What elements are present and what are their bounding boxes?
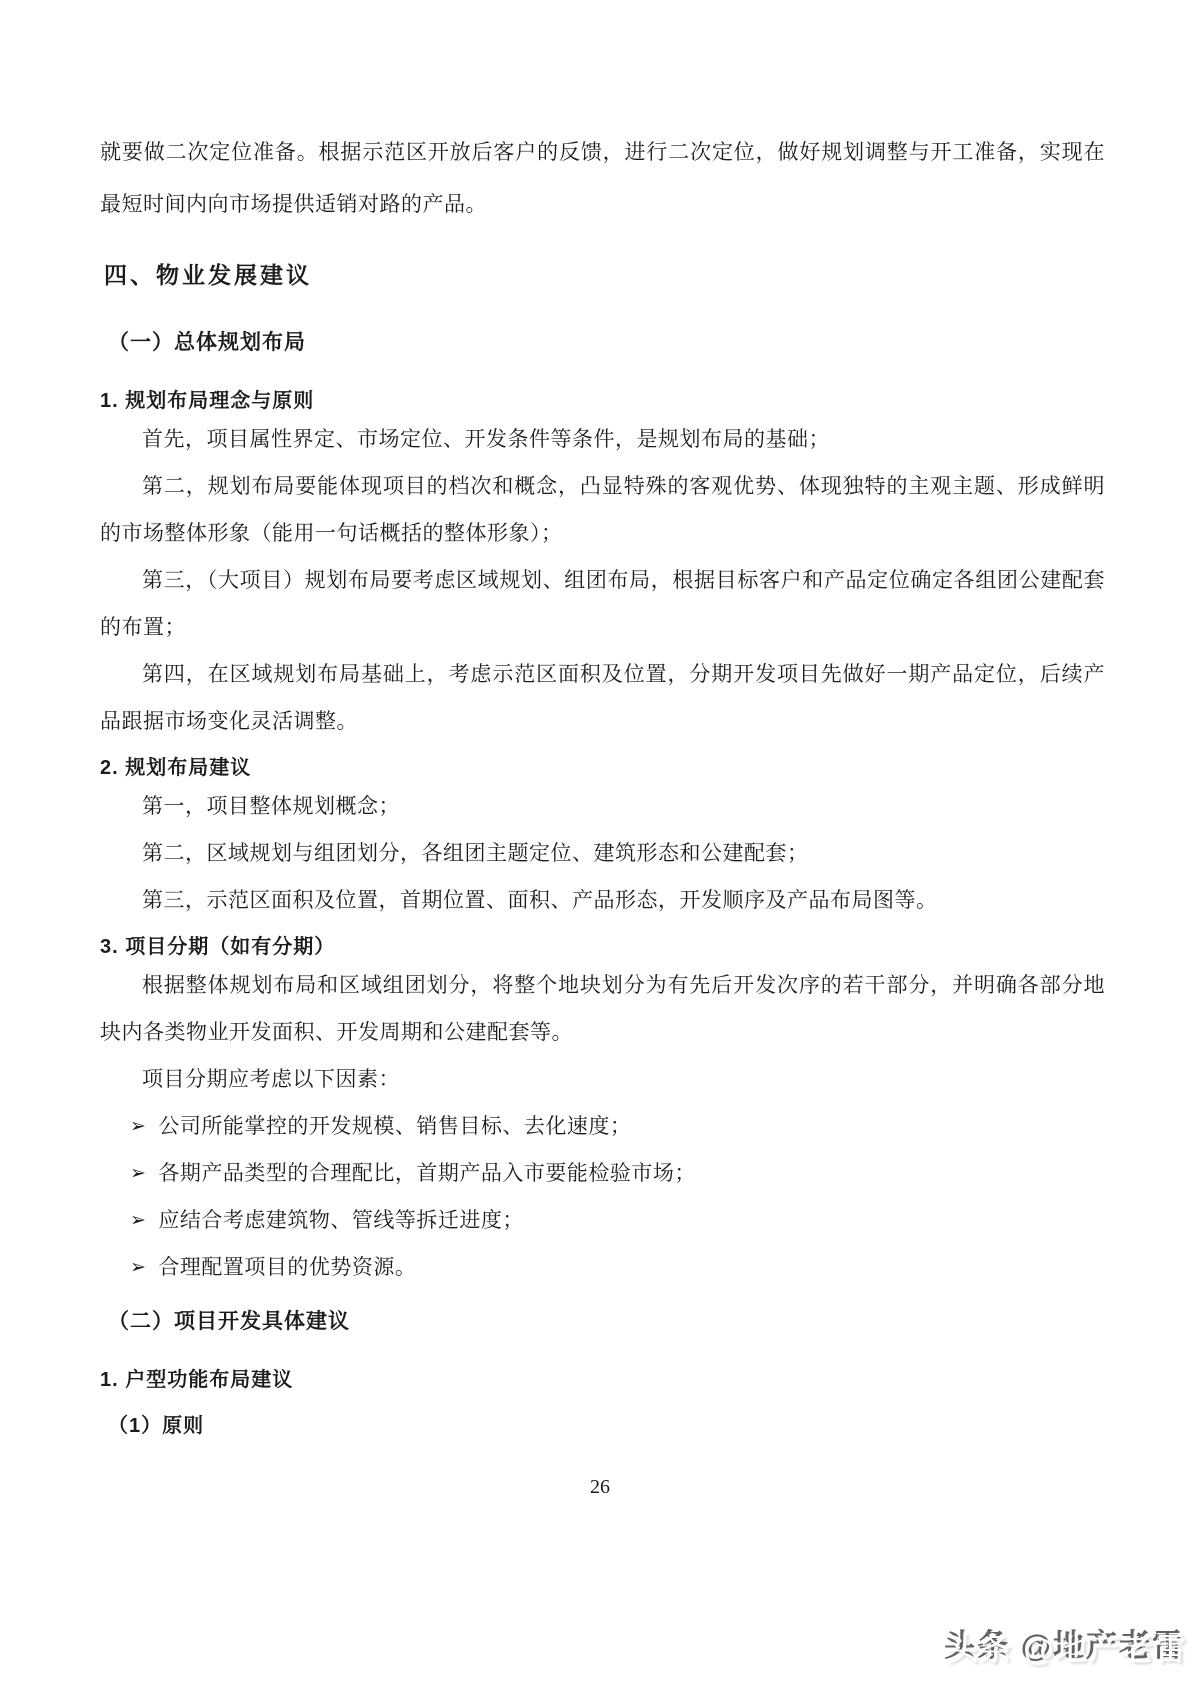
paragraph: 第二，规划布局要能体现项目的档次和概念，凸显特殊的客观优势、体现独特的主观主题、… (100, 463, 1105, 557)
page-number: 26 (0, 1476, 1200, 1499)
bullet-text: 应结合考虑建筑物、管线等拆迁进度； (158, 1197, 524, 1244)
arrow-bullet-icon: ➢ (130, 1244, 146, 1291)
bullet-text: 合理配置项目的优势资源。 (158, 1244, 416, 1291)
numbered-heading-1: 1. 规划布局理念与原则 (100, 386, 1105, 416)
paragraph: 第四，在区域规划布局基础上，考虑示范区面积及位置，分期开发项目先做好一期产品定位… (100, 651, 1105, 745)
paragraph: 首先，项目属性界定、市场定位、开发条件等条件，是规划布局的基础； (100, 416, 1105, 463)
bullet-item: ➢ 合理配置项目的优势资源。 (130, 1244, 1105, 1291)
subsection-heading-1: （一）总体规划布局 (108, 328, 1105, 358)
numbered-heading-5: （1）原则 (108, 1411, 1105, 1441)
numbered-heading-2: 2. 规划布局建议 (100, 753, 1105, 783)
paragraph: 第三，示范区面积及位置，首期位置、面积、产品形态，开发顺序及产品布局图等。 (100, 877, 1105, 924)
watermark: 头条 @地产老雷 (947, 1624, 1188, 1669)
section-heading-4: 四、物业发展建议 (104, 258, 1105, 292)
paragraph: 根据整体规划布局和区域组团划分，将整个地块划分为有先后开发次序的若干部分，并明确… (100, 962, 1105, 1056)
paragraph: 第一，项目整体规划概念； (100, 783, 1105, 830)
paragraph: 第二，区域规划与组团划分，各组团主题定位、建筑形态和公建配套； (100, 830, 1105, 877)
paragraph: 第三，（大项目）规划布局要考虑区域规划、组团布局，根据目标客户和产品定位确定各组… (100, 557, 1105, 651)
arrow-bullet-icon: ➢ (130, 1150, 146, 1197)
subsection-heading-2: （二）项目开发具体建议 (108, 1307, 1105, 1337)
bullet-item: ➢ 公司所能掌控的开发规模、销售目标、去化速度； (130, 1103, 1105, 1150)
document-page: 就要做二次定位准备。根据示范区开放后客户的反馈，进行二次定位，做好规划调整与开工… (0, 0, 1200, 1697)
arrow-bullet-icon: ➢ (130, 1197, 146, 1244)
numbered-heading-4: 1. 户型功能布局建议 (100, 1365, 1105, 1395)
document-content: 就要做二次定位准备。根据示范区开放后客户的反馈，进行二次定位，做好规划调整与开工… (100, 126, 1105, 1441)
paragraph: 项目分期应考虑以下因素： (100, 1056, 1105, 1103)
bullet-item: ➢ 应结合考虑建筑物、管线等拆迁进度； (130, 1197, 1105, 1244)
arrow-bullet-icon: ➢ (130, 1103, 146, 1150)
intro-paragraph: 就要做二次定位准备。根据示范区开放后客户的反馈，进行二次定位，做好规划调整与开工… (100, 126, 1105, 230)
bullet-text: 公司所能掌控的开发规模、销售目标、去化速度； (158, 1103, 631, 1150)
numbered-heading-3: 3. 项目分期（如有分期） (100, 932, 1105, 962)
bullet-text: 各期产品类型的合理配比，首期产品入市要能检验市场； (158, 1150, 696, 1197)
bullet-item: ➢ 各期产品类型的合理配比，首期产品入市要能检验市场； (130, 1150, 1105, 1197)
